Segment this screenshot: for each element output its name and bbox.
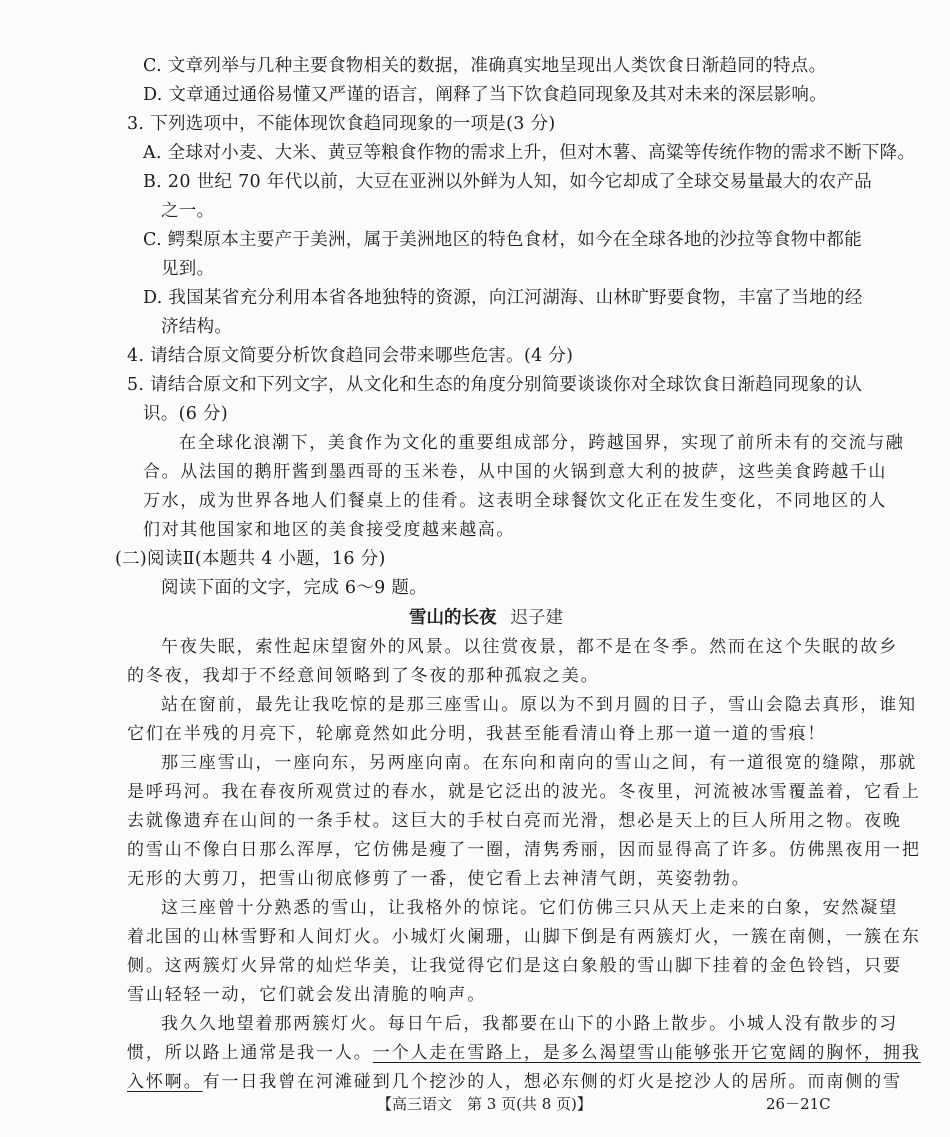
q5-stem: 5. 请结合原文和下列文字，从文化和生态的角度分别简要谈谈你对全球饮食日渐趋同现…: [127, 371, 825, 400]
passage-line: 午夜失眠，索性起床望窗外的风景。以往赏夜景，都不是在冬季。然而在这个失眠的故乡: [127, 633, 825, 662]
q5-quote-line: 合。从法国的鹅肝酱到墨西哥的玉米卷，从中国的火锅到意大利的披萨，这些美食跨越千山: [127, 458, 825, 487]
passage-line: 它们在半残的月亮下，轮廓竟然如此分明，我甚至能看清山脊上那一道一道的雪痕！: [127, 720, 825, 749]
passage-line: 的雪山不像白日那么浑厚，它仿佛是瘦了一圈，清隽秀丽，因而显得高了许多。仿佛黑夜用…: [127, 836, 825, 865]
passage-line: 的冬夜，我却于不经意间领略到了冬夜的那种孤寂之美。: [127, 662, 825, 691]
q3-option-c-cont: 见到。: [127, 255, 825, 284]
passage-line: 无形的大剪刀，把雪山彻底修剪了一番，使它看上去神清气朗，英姿勃勃。: [127, 865, 825, 894]
q5-quote-line: 们对其他国家和地区的美食接受度越来越高。: [127, 516, 825, 545]
q4-stem: 4. 请结合原文简要分析饮食趋同会带来哪些危害。(4 分): [127, 342, 825, 371]
q5-quote-line: 万水，成为世界各地人们餐桌上的佳肴。这表明全球餐饮文化正在发生变化，不同地区的人: [127, 487, 825, 516]
passage-line: 侧。这两簇灯火异常的灿烂华美，让我觉得它们是这白象般的雪山脚下挂着的金色铃铛，只…: [127, 952, 825, 981]
q3-option-d-cont: 济结构。: [127, 313, 825, 342]
q3-option-a: A. 全球对小麦、大米、黄豆等粮食作物的需求上升，但对木薯、高粱等传统作物的需求…: [127, 139, 825, 168]
passage-line: 是呼玛河。我在春夜所观赏过的春水，就是它泛出的波光。冬夜里，河流被冰雪覆盖着，它…: [127, 778, 825, 807]
q3-option-b-cont: 之一。: [127, 197, 825, 226]
q2-option-c: C. 文章列举与几种主要食物相关的数据，准确真实地呈现出人类饮食日渐趋同的特点。: [127, 52, 825, 81]
underlined-sentence-end: 入怀啊。: [127, 1072, 203, 1092]
q3-option-c: C. 鳄梨原本主要产于美洲，属于美洲地区的特色食材，如今在全球各地的沙拉等食物中…: [127, 226, 825, 255]
passage-line: 我久久地望着那两簇灯火。每日午后，我都要在山下的小路上散步。小城人没有散步的习: [127, 1010, 825, 1039]
exam-page: C. 文章列举与几种主要食物相关的数据，准确真实地呈现出人类饮食日渐趋同的特点。…: [127, 52, 825, 1097]
q3-stem: 3. 下列选项中，不能体现饮食趋同现象的一项是(3 分): [127, 110, 825, 139]
passage-line: 着北国的山林雪野和人间灯火。小城灯火阑珊，山脚下倒是有两簇灯火，一簇在南侧，一簇…: [127, 923, 825, 952]
passage-line: 站在窗前，最先让我吃惊的是那三座雪山。原以为不到月圆的日子，雪山会隐去真形，谁知: [127, 691, 825, 720]
passage-text: 有一日我曾在河滩碰到几个挖沙的人，想必东侧的灯火是挖沙人的居所。而南侧的雪: [203, 1072, 902, 1092]
passage-line: 这三座曾十分熟悉的雪山，让我格外的惊诧。它们仿佛三只从天上走来的白象，安然凝望: [127, 894, 825, 923]
q3-option-b: B. 20 世纪 70 年代以前，大豆在亚洲以外鲜为人知，如今它却成了全球交易量…: [127, 168, 825, 197]
passage-line: 惯，所以路上通常是我一人。一个人走在雪路上，是多么渴望雪山能够张开它宽阔的胸怀，…: [127, 1039, 825, 1068]
passage-line: 去就像遗弃在山间的一条手杖。这巨大的手杖白亮而光滑，想必是天上的巨人所用之物。夜…: [127, 807, 825, 836]
passage-title: 雪山的长夜: [409, 608, 497, 628]
passage-title-row: 雪山的长夜迟子建: [127, 603, 825, 633]
section-heading: (二)阅读Ⅱ(本题共 4 小题，16 分): [115, 545, 825, 574]
section-instruction: 阅读下面的文字，完成 6～9 题。: [127, 574, 825, 603]
underlined-sentence: 一个人走在雪路上，是多么渴望雪山能够张开它宽阔的胸怀，拥我: [373, 1043, 921, 1063]
passage-author: 迟子建: [511, 608, 564, 628]
page-number-label: 【高三语文 第 3 页(共 8 页)】: [377, 1093, 592, 1115]
exam-code: 26－21C: [766, 1093, 831, 1115]
q5-quote-line: 在全球化浪潮下，美食作为文化的重要组成部分，跨越国界，实现了前所未有的交流与融: [127, 429, 825, 458]
passage-line: 那三座雪山，一座向东，另两座向南。在东向和南向的雪山之间，有一道很宽的缝隙，那就: [127, 749, 825, 778]
passage-line: 雪山轻轻一动，它们就会发出清脆的响声。: [127, 981, 825, 1010]
passage-text: 惯，所以路上通常是我一人。: [127, 1043, 373, 1063]
q5-stem-cont: 识。(6 分): [127, 400, 825, 429]
q3-option-d: D. 我国某省充分利用本省各地独特的资源，向江河湖海、山林旷野要食物，丰富了当地…: [127, 284, 825, 313]
q2-option-d: D. 文章通过通俗易懂又严谨的语言，阐释了当下饮食趋同现象及其对未来的深层影响。: [127, 81, 825, 110]
